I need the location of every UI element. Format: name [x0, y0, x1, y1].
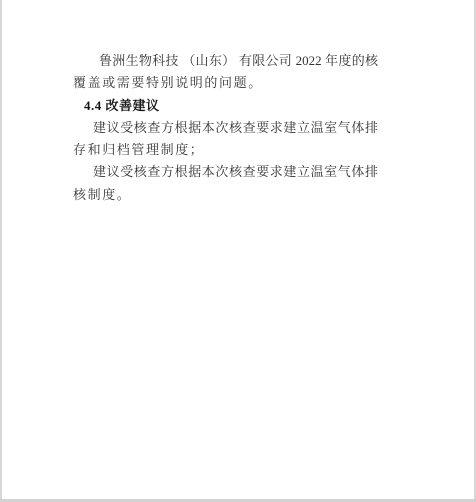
- paragraph-line: 核制度。: [73, 184, 378, 206]
- paragraph-line: 建议受核查方根据本次核查要求建立温室气体排放报告内部审: [73, 161, 378, 183]
- page-left-edge: [0, 0, 2, 502]
- paragraph-line: 存和归档管理制度；: [73, 139, 378, 161]
- section-heading: 4.4 改善建议: [84, 95, 378, 117]
- document-viewport: 鲁洲生物科技 （山东） 有限公司 2022 年度的核查过程中无未 覆盖或需要特别…: [0, 0, 476, 502]
- paragraph-line: 鲁洲生物科技 （山东） 有限公司 2022 年度的核查过程中无未: [73, 50, 378, 72]
- page-content: 鲁洲生物科技 （山东） 有限公司 2022 年度的核查过程中无未 覆盖或需要特别…: [73, 50, 378, 206]
- paragraph-line: 建议受核查方根据本次核查要求建立温室气体排放数据文件保: [73, 117, 378, 139]
- paragraph-line: 覆盖或需要特别说明的问题。: [73, 72, 378, 94]
